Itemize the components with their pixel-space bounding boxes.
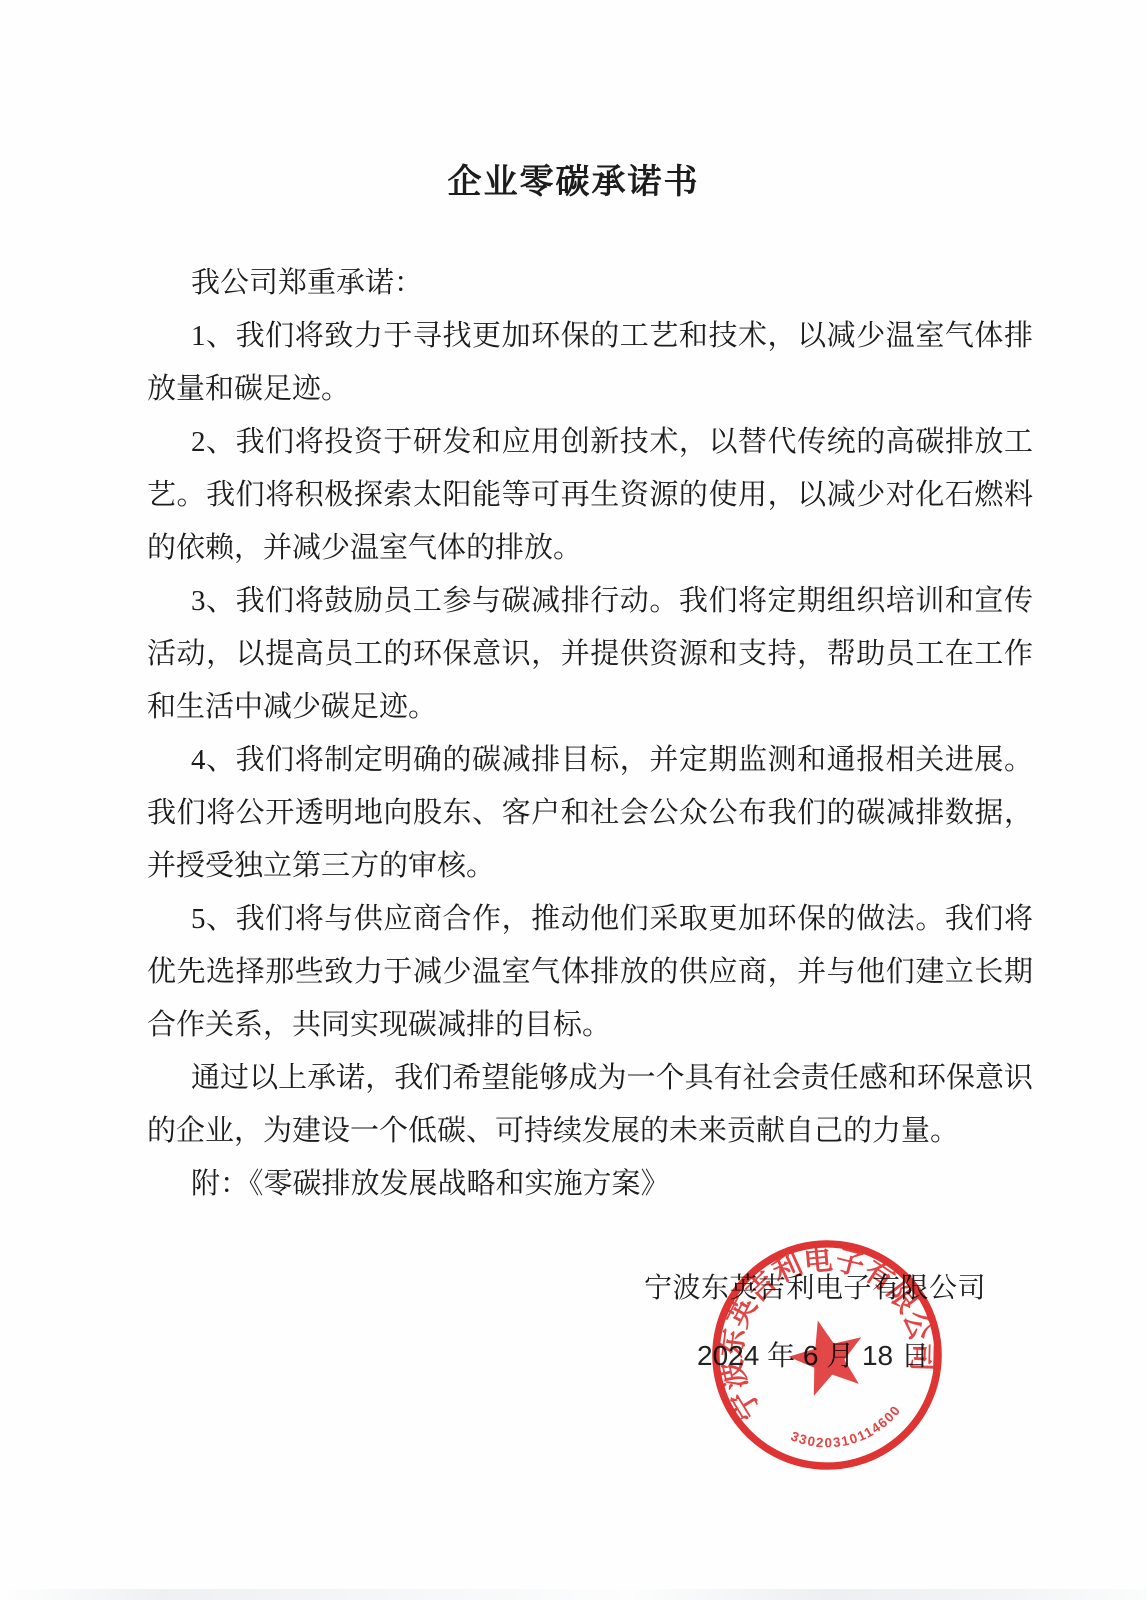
svg-text:33020310114600: 33020310114600 — [786, 1400, 910, 1463]
attachment-line: 附：《零碳排放发展战略和实施方案》 — [147, 1158, 1033, 1211]
pledge-item-2: 2、我们将投资于研发和应用创新技术，以替代传统的高碳排放工艺。我们将积极探索太阳… — [147, 416, 1033, 575]
company-seal: 宁波东英吉利电子有限公司 33020310114600 — [681, 1209, 972, 1500]
closing-paragraph: 通过以上承诺，我们希望能够成为一个具有社会责任感和环保意识的企业，为建设一个低碳… — [147, 1052, 1033, 1158]
pledge-item-1: 1、我们将致力于寻找更加环保的工艺和技术，以减少温室气体排放量和碳足迹。 — [147, 310, 1033, 416]
pledge-item-3: 3、我们将鼓励员工参与碳减排行动。我们将定期组织培训和宣传活动，以提高员工的环保… — [147, 575, 1033, 734]
scan-edge-artifact — [0, 1589, 1147, 1600]
document-body: 我公司郑重承诺： 1、我们将致力于寻找更加环保的工艺和技术，以减少温室气体排放量… — [147, 257, 1033, 1211]
scanned-page: 企业零碳承诺书 我公司郑重承诺： 1、我们将致力于寻找更加环保的工艺和技术，以减… — [0, 0, 1147, 1600]
document-title: 企业零碳承诺书 — [0, 154, 1147, 203]
seal-serial-number: 33020310114600 — [786, 1400, 910, 1463]
pledge-item-4: 4、我们将制定明确的碳减排目标，并定期监测和通报相关进展。我们将公开透明地向股东… — [147, 734, 1033, 893]
pledge-item-5: 5、我们将与供应商合作，推动他们采取更加环保的做法。我们将优先选择那些致力于减少… — [147, 893, 1033, 1052]
pledge-intro-line: 我公司郑重承诺： — [147, 257, 1033, 310]
seal-star-icon — [781, 1311, 872, 1400]
